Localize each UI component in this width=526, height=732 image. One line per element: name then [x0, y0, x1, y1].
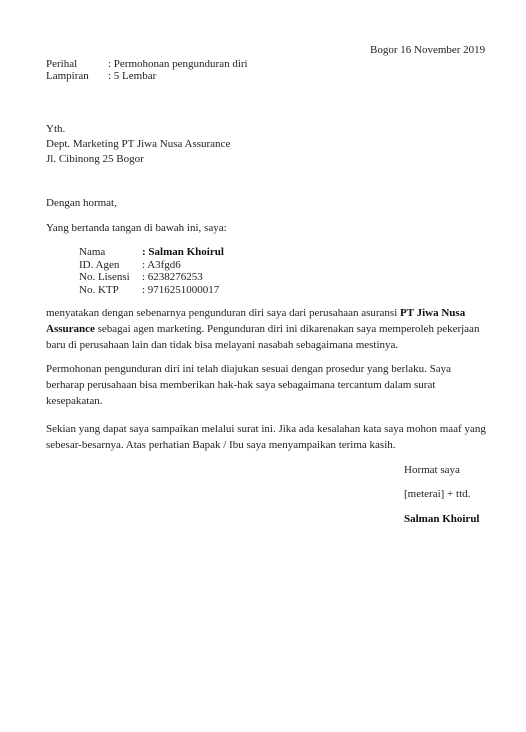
- meta-row-subject: Perihal: Permohonan pengunduran diri: [46, 58, 248, 70]
- meta-value: : Permohonan pengunduran diri: [108, 58, 248, 70]
- meta-value: : 5 Lembar: [108, 70, 156, 82]
- paragraph-statement: menyatakan dengan sebenarnya pengunduran…: [46, 305, 486, 353]
- identity-row-name: Nama: Salman Khoirul: [79, 246, 224, 259]
- identity-value: : A3fgd6: [142, 259, 181, 271]
- meta-label: Perihal: [46, 58, 108, 70]
- signature-closing: Hormat saya: [404, 464, 460, 476]
- identity-row-agent-id: ID. Agen: A3fgd6: [79, 259, 224, 272]
- identity-value: : Salman Khoirul: [142, 246, 224, 258]
- identity-table: Nama: Salman Khoirul ID. Agen: A3fgd6 No…: [79, 246, 224, 296]
- identity-row-ktp: No. KTP: 9716251000017: [79, 284, 224, 297]
- paragraph-text: sebagai agen marketing. Pengunduran diri…: [46, 323, 479, 351]
- meta-row-attachment: Lampiran: 5 Lembar: [46, 70, 248, 82]
- greeting: Dengan hormat,: [46, 197, 117, 209]
- letter-date: Bogor 16 November 2019: [370, 44, 485, 56]
- identity-label: No. KTP: [79, 284, 142, 297]
- identity-label: ID. Agen: [79, 259, 142, 272]
- identity-value: : 6238276253: [142, 271, 203, 283]
- recipient-salutation: Yth.: [46, 122, 230, 137]
- meta-label: Lampiran: [46, 70, 108, 82]
- signature-stamp: [meterai] + ttd.: [404, 488, 470, 500]
- signature-name: Salman Khoirul: [404, 513, 480, 525]
- identity-row-license: No. Lisensi: 6238276253: [79, 271, 224, 284]
- intro-line: Yang bertanda tangan di bawah ini, saya:: [46, 222, 227, 234]
- paragraph-procedure: Permohonan pengunduran diri ini telah di…: [46, 361, 486, 409]
- recipient-address: Jl. Cibinong 25 Bogor: [46, 152, 230, 167]
- recipient-department: Dept. Marketing PT Jiwa Nusa Assurance: [46, 137, 230, 152]
- identity-label: Nama: [79, 246, 142, 259]
- paragraph-closing: Sekian yang dapat saya sampaikan melalui…: [46, 421, 486, 453]
- identity-label: No. Lisensi: [79, 271, 142, 284]
- identity-value: : 9716251000017: [142, 284, 219, 296]
- letter-meta: Perihal: Permohonan pengunduran diri Lam…: [46, 58, 248, 82]
- recipient-block: Yth. Dept. Marketing PT Jiwa Nusa Assura…: [46, 122, 230, 167]
- paragraph-text: menyatakan dengan sebenarnya pengunduran…: [46, 307, 400, 319]
